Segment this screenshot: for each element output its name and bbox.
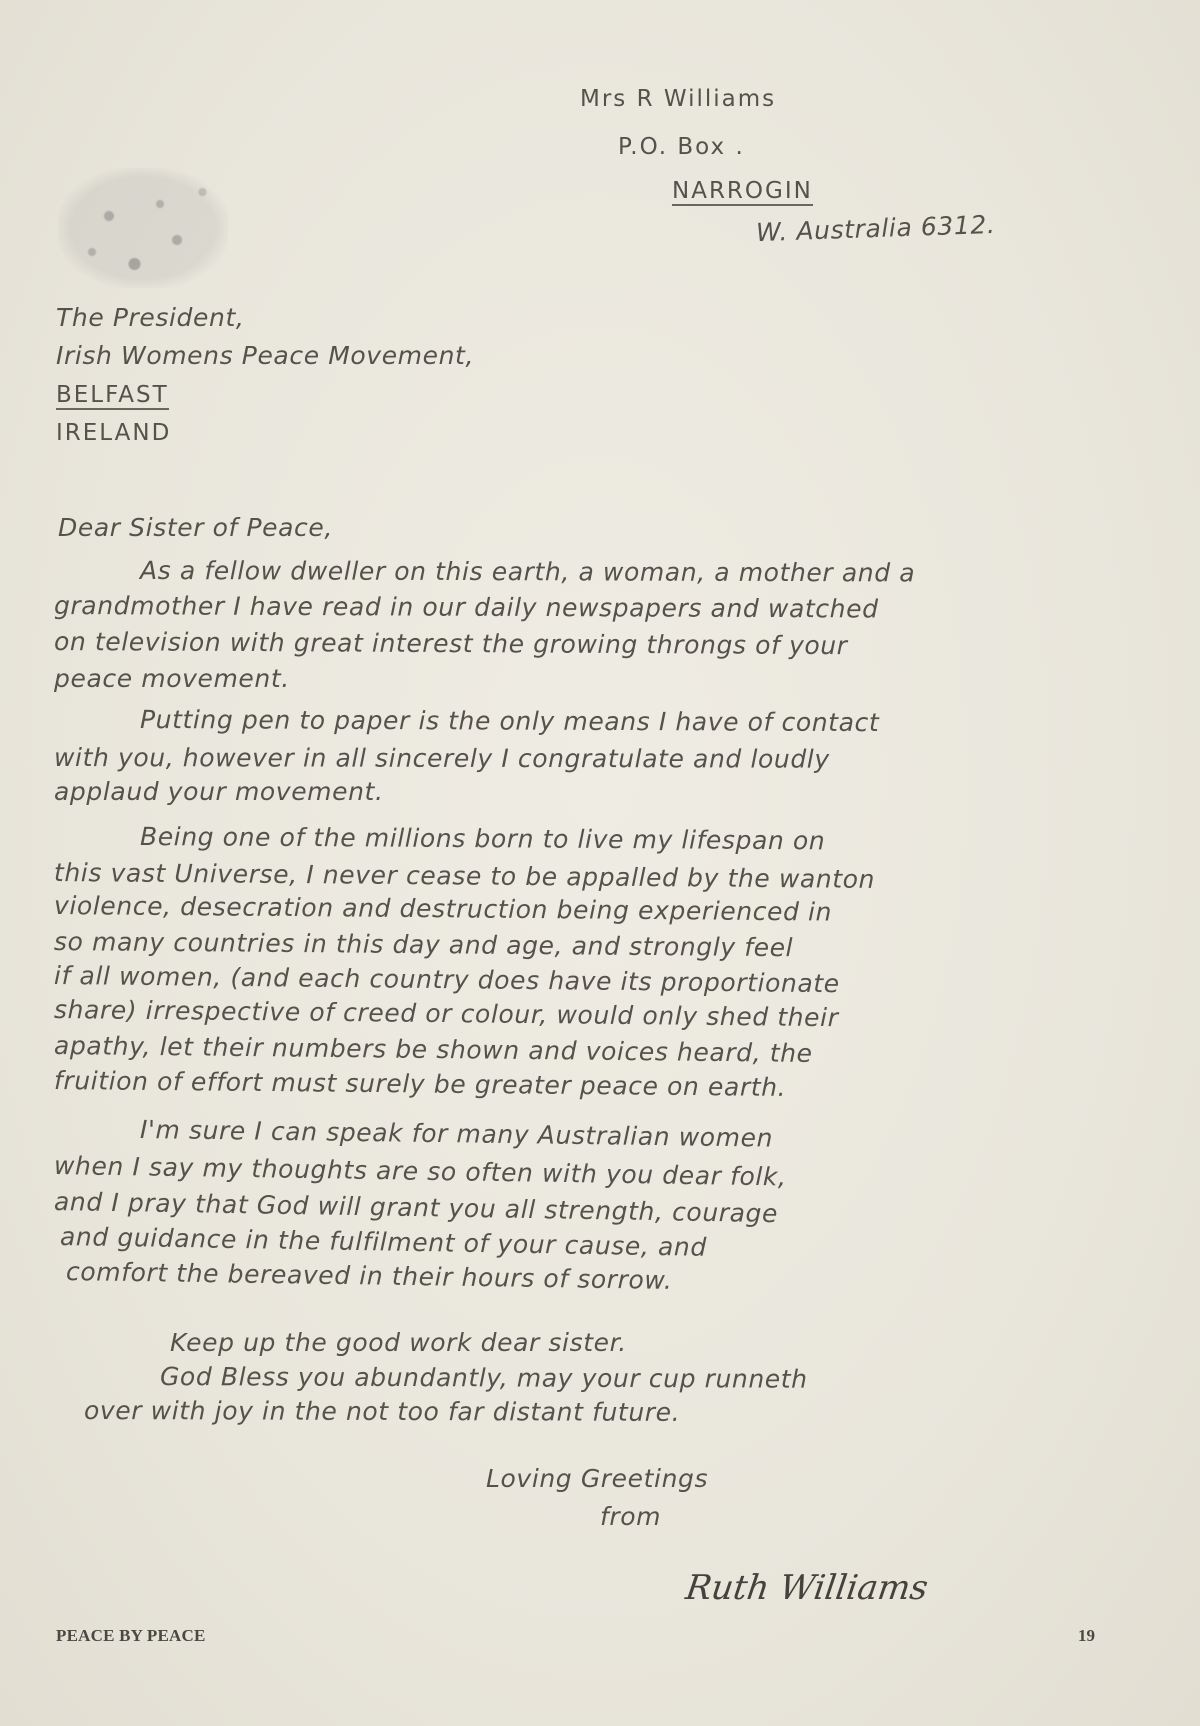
body-line: As a fellow dweller on this earth, a wom… [140,556,915,587]
body-line: I'm sure I can speak for many Australian… [140,1115,773,1153]
body-line: grandmother I have read in our daily new… [54,591,879,623]
body-line: apathy, let their numbers be shown and v… [54,1031,813,1068]
sender-state-postcode: W. Australia 6312. [756,210,996,247]
body-line: violence, desecration and destruction be… [54,891,832,927]
salutation: Dear Sister of Peace, [58,513,333,542]
body-line: peace movement. [54,664,290,693]
body-line: with you, however in all sincerely I con… [54,743,830,774]
body-line: when I say my thoughts are so often with… [54,1151,787,1192]
body-line: share) irrespective of creed or colour, … [54,995,839,1032]
recipient-country: IRELAND [56,420,171,446]
body-line: and I pray that God will grant you all s… [54,1187,779,1228]
body-line: applaud your movement. [54,777,384,806]
body-line: so many countries in this day and age, a… [54,927,793,962]
signature: Ruth Williams [683,1568,930,1608]
body-line: and guidance in the fulfilment of your c… [60,1222,707,1262]
page-number: 19 [1078,1626,1095,1646]
body-line: on television with great interest the gr… [54,627,848,660]
sender-town: NARROGIN [672,178,813,206]
body-line: Putting pen to paper is the only means I… [140,705,879,737]
recipient-city: BELFAST [56,382,169,410]
body-line: Keep up the good work dear sister. [170,1328,627,1357]
body-line: God Bless you abundantly, may your cup r… [160,1362,808,1394]
faded-stamp-mark [58,168,228,288]
letter-page: Mrs R Williams P.O. Box . NARROGIN W. Au… [0,0,1200,1726]
body-line: over with joy in the not too far distant… [84,1396,680,1427]
body-line: this vast Universe, I never cease to be … [54,858,875,894]
closing-from: from [600,1502,661,1531]
body-line: if all women, (and each country does hav… [54,961,840,998]
recipient-title: The President, [56,303,244,332]
recipient-organisation: Irish Womens Peace Movement, [56,341,474,370]
body-line: Being one of the millions born to live m… [140,822,825,855]
closing-greeting: Loving Greetings [486,1464,708,1493]
sender-po-box: P.O. Box . [618,134,745,160]
sender-name: Mrs R Williams [580,86,776,112]
body-line: fruition of effort must surely be greate… [54,1066,786,1102]
body-line: comfort the bereaved in their hours of s… [66,1257,673,1295]
publication-name: PEACE BY PEACE [56,1626,206,1646]
